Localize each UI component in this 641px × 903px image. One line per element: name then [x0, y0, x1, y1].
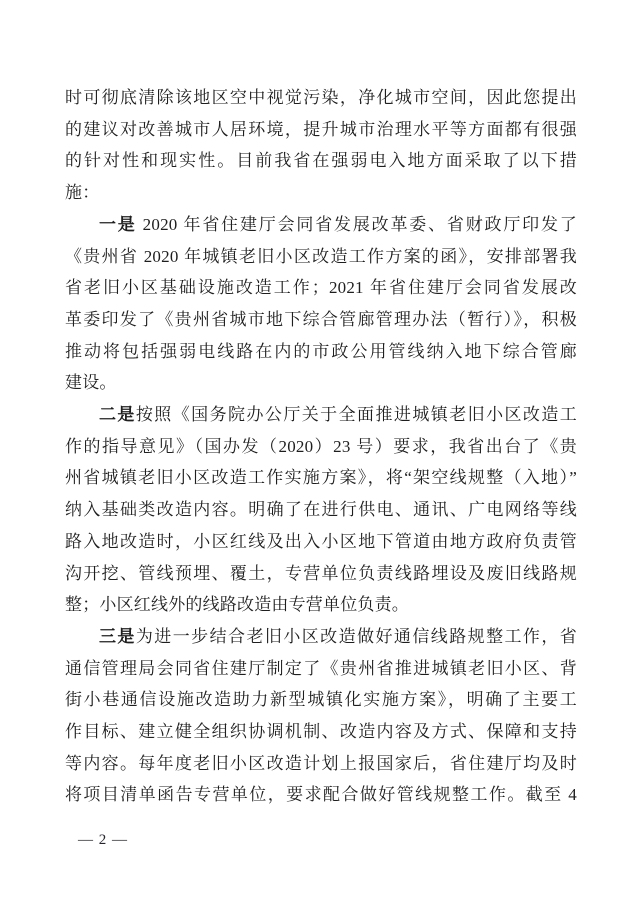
document-page: 时可彻底清除该地区空中视觉污染，净化城市空间，因此您提出的建议对改善城市人居环境… [0, 0, 641, 903]
document-line: 三是为进一步结合老旧小区改造做好通信线路规整工作，省 [65, 621, 577, 653]
document-line: 推动将包括强弱电线路在内的市政公用管线纳入地下综合管廊 [65, 336, 577, 368]
document-line: 作目标、建立健全组织协调机制、改造内容及方式、保障和支持 [65, 716, 577, 748]
document-line: 《贵州省 2020 年城镇老旧小区改造工作方案的函》，安排部署我 [65, 241, 577, 273]
document-line: 二是按照《国务院办公厅关于全面推进城镇老旧小区改造工 [65, 399, 577, 431]
paragraph-lead: 二是 [99, 405, 136, 424]
line-text: 为进一步结合老旧小区改造做好通信线路规整工作，省 [136, 627, 577, 646]
document-line: 通信管理局会同省住建厅制定了《贵州省推进城镇老旧小区、背 [65, 653, 577, 685]
document-line: 整；小区红线外的线路改造由专营单位负责。 [65, 589, 577, 621]
document-line: 施： [65, 177, 577, 209]
document-line: 将项目清单函告专营单位，要求配合做好管线规整工作。截至 4 [65, 779, 577, 811]
document-line: 路入地改造时，小区红线及出入小区地下管道由地方政府负责管 [65, 526, 577, 558]
line-text: 按照《国务院办公厅关于全面推进城镇老旧小区改造工 [136, 405, 577, 424]
document-line: 建设。 [65, 367, 577, 399]
document-line: 的针对性和现实性。目前我省在强弱电入地方面采取了以下措 [65, 145, 577, 177]
document-line: 革委印发了《贵州省城市地下综合管廊管理办法（暂行）》，积极 [65, 304, 577, 336]
line-text: 2020 年省住建厅会同省发展改革委、省财政厅印发了 [137, 215, 577, 234]
document-line: 街小巷通信设施改造助力新型城镇化实施方案》，明确了主要工 [65, 684, 577, 716]
document-line: 等内容。每年度老旧小区改造计划上报国家后，省住建厅均及时 [65, 748, 577, 780]
document-line: 纳入基础类改造内容。明确了在进行供电、通讯、广电网络等线 [65, 494, 577, 526]
document-line: 作的指导意见》（国办发（2020）23 号）要求，我省出台了《贵 [65, 431, 577, 463]
document-line: 省老旧小区基础设施改造工作；2021 年省住建厅会同省发展改 [65, 272, 577, 304]
document-body: 时可彻底清除该地区空中视觉污染，净化城市空间，因此您提出的建议对改善城市人居环境… [65, 82, 577, 811]
document-line: 一是 2020 年省住建厅会同省发展改革委、省财政厅印发了 [65, 209, 577, 241]
document-line: 的建议对改善城市人居环境，提升城市治理水平等方面都有很强 [65, 114, 577, 146]
document-line: 州省城镇老旧小区改造工作实施方案》，将“架空线规整（入地）” [65, 462, 577, 494]
paragraph-lead: 一是 [99, 215, 137, 234]
paragraph-lead: 三是 [99, 627, 136, 646]
page-number: — 2 — [78, 830, 128, 850]
document-line: 沟开挖、管线预埋、覆土，专营单位负责线路埋设及废旧线路规 [65, 558, 577, 590]
document-line: 时可彻底清除该地区空中视觉污染，净化城市空间，因此您提出 [65, 82, 577, 114]
